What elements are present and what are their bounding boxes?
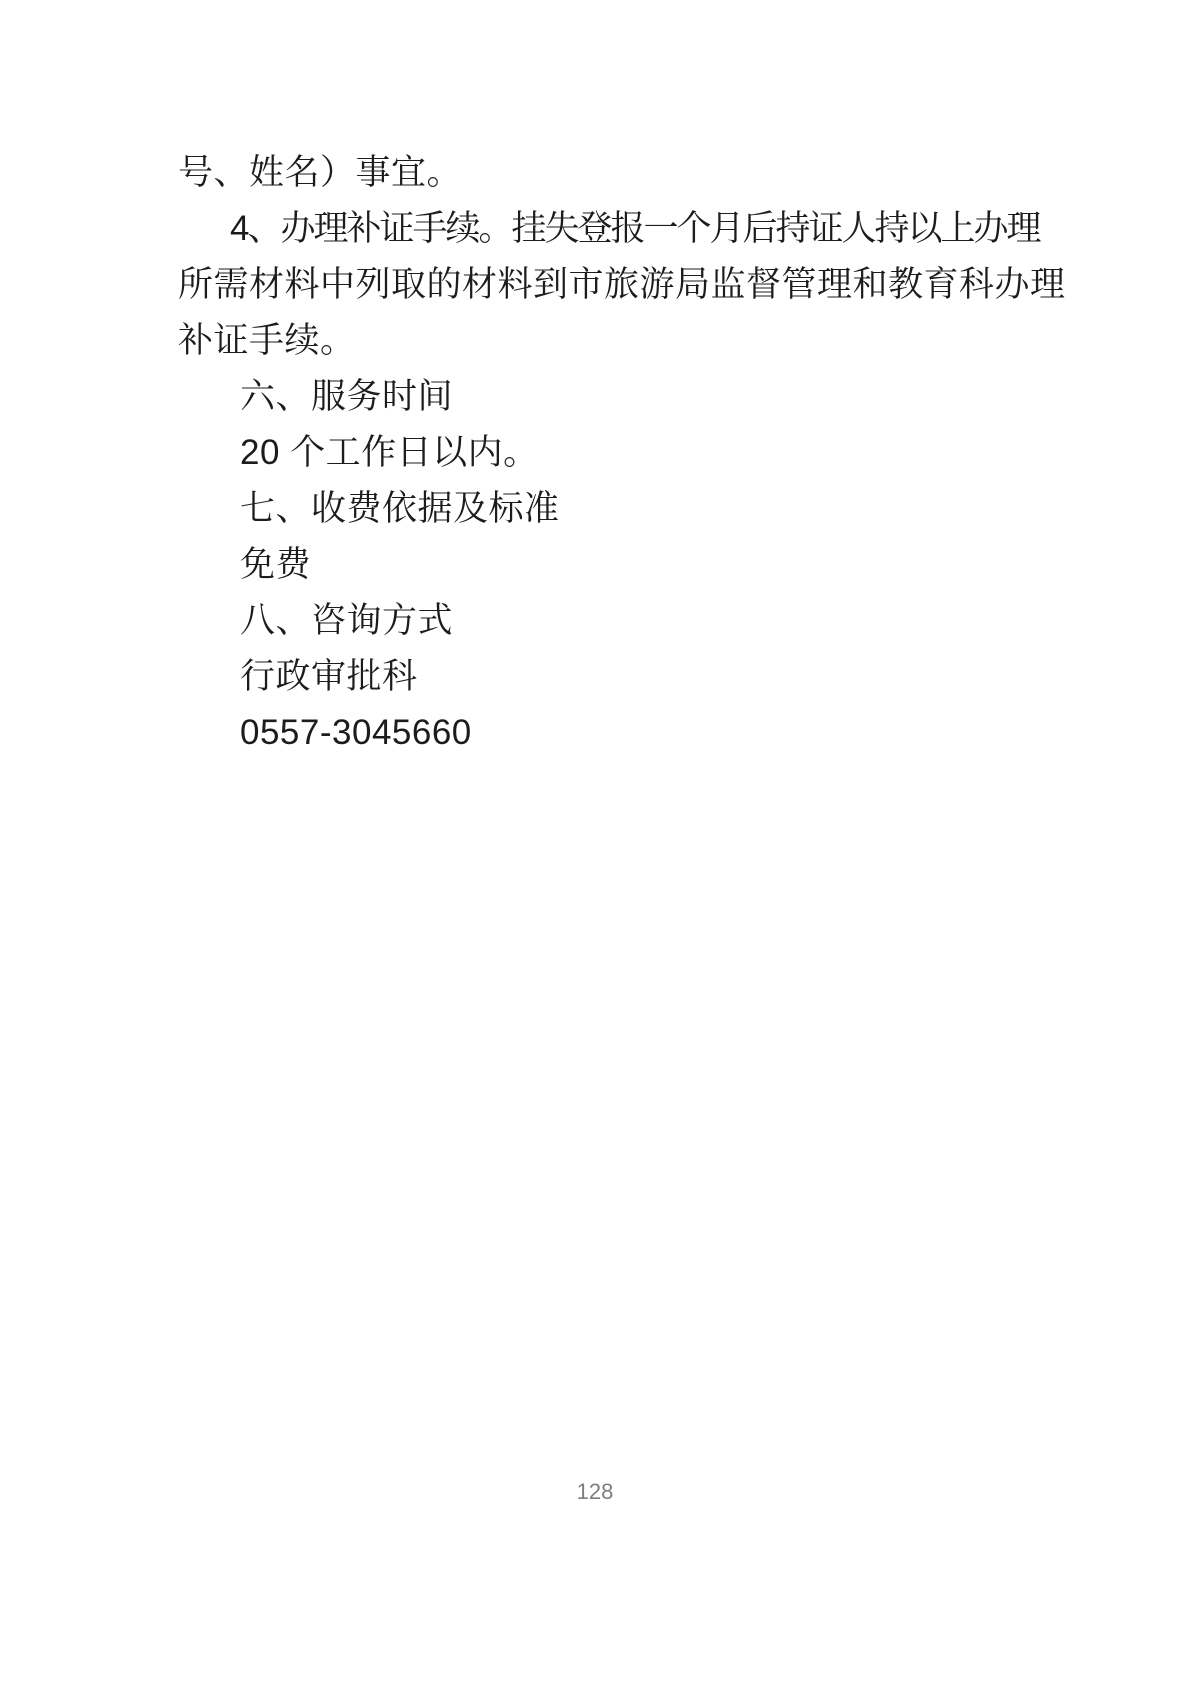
section-7-body: 免费 (178, 537, 1010, 593)
page-number: 128 (0, 1480, 1190, 1504)
section-6-heading: 六、服务时间 (178, 369, 1010, 425)
document-body: 号、姓名）事宜。 4、办理补证手续。挂失登报一个月后持证人持以上办理 所需材料中… (178, 145, 1010, 761)
section-8-heading: 八、咨询方式 (178, 593, 1010, 649)
step4-line-2: 所需材料中列取的材料到市旅游局监督管理和教育科办理 (178, 257, 1010, 313)
section-8-department: 行政审批科 (178, 649, 1010, 705)
step4-line-1: 4、办理补证手续。挂失登报一个月后持证人持以上办理 (178, 201, 1010, 257)
step4-line-3: 补证手续。 (178, 313, 1010, 369)
section-8-phone-number: 0557-3045660 (178, 705, 1010, 761)
paragraph-continuation-line: 号、姓名）事宜。 (178, 145, 1010, 201)
document-page: 号、姓名）事宜。 4、办理补证手续。挂失登报一个月后持证人持以上办理 所需材料中… (0, 0, 1190, 1683)
section-7-heading: 七、收费依据及标准 (178, 481, 1010, 537)
section-6-body: 20 个工作日以内。 (178, 425, 1010, 481)
